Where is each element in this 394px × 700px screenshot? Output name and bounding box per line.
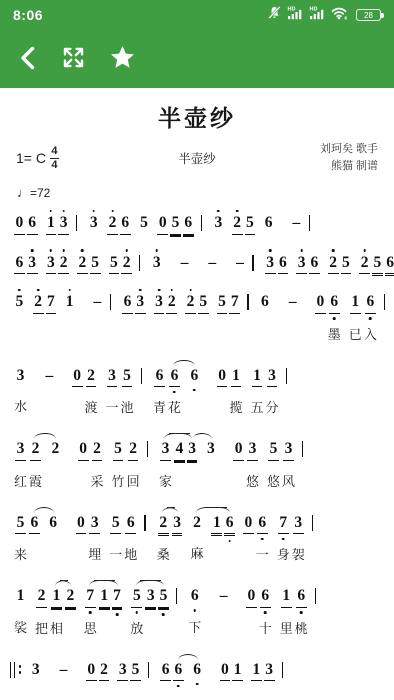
barline [247,293,248,310]
barline [201,214,202,231]
note: 2采 [91,440,104,490]
slur-arc [34,433,47,439]
note: 6十 [259,587,272,637]
note: 0 [76,514,87,562]
slur-arc [184,360,195,366]
lyric: 身 [277,544,290,563]
lyric: 揽 [229,397,242,416]
lyric: 悠 [246,471,259,490]
note: 3红 [14,440,27,490]
lyric: 一 [106,397,119,416]
note: 6 [260,293,271,340]
note: 3 [117,661,128,682]
lyric: 水 [14,396,27,415]
battery-level: 28 [364,11,373,20]
note: 2 [65,587,76,635]
note: 5 [130,661,141,682]
note: 1 [64,293,75,340]
barline [76,214,77,231]
note: 5 [14,293,25,340]
slur-arc [193,433,203,439]
note: 2麻 [190,514,203,563]
lyric: 地 [124,544,137,563]
tempo-marking: ♩=72 [0,175,394,200]
lyric: 来 [14,544,27,563]
score-line: 633225523–––363625256 [8,254,386,275]
slur-arc [107,580,118,586]
toolbar [0,30,394,88]
slur-arc [178,654,189,660]
lyric: 家 [159,471,172,490]
note: 3水 [14,367,27,416]
note: 6入 [364,293,377,343]
quarter-note-icon: ♩ [17,185,30,200]
dash-note: – [291,214,302,234]
dash-note: – [207,254,218,274]
score-line: 5271–633225576–06墨1已6入 [8,293,386,343]
score[interactable]: 061332650563256–633225523–––363625256527… [0,214,394,681]
note: 6 [173,661,184,682]
lyric: 分 [266,397,279,416]
lyric: 放 [130,618,143,637]
lyric: 桑 [157,544,170,563]
note: 2 [107,214,118,235]
lyric: 回 [127,471,140,490]
note: 2 [58,254,69,275]
lyric: 池 [121,397,134,416]
note: 7 [112,587,123,635]
note: 0 [246,587,257,635]
note: 1揽 [229,367,242,417]
note: 3一 [106,367,119,417]
lyric: 一 [109,544,122,563]
note: 5 [139,214,150,234]
note: 5 [372,254,383,275]
barline [286,367,287,384]
note: 3 [154,293,165,341]
svg-text:HD: HD [288,7,296,13]
battery-icon: 28 [356,9,381,21]
note: 5悠 [267,440,280,490]
barline [110,293,111,310]
note: 5 [245,214,256,235]
note: 6地 [124,514,137,564]
note: 5 [109,254,120,275]
slur-arc [55,580,68,586]
song-credits: 刘珂矣 歌手 熊猫 制谱 [257,141,378,175]
lyric: 裟 [14,617,27,636]
key-signature: 1= C 4 4 [16,145,137,171]
score-line: 1裟2把1相27思175放356下–06十1里6桃 [8,587,386,637]
credit-singer: 刘珂矣 歌手 [257,141,378,158]
barline [309,214,310,231]
score-line: 5来6603埋5一6地2桑32麻1606一7身3袈 [8,514,386,564]
note: 2桑 [157,514,170,564]
lyric: 青 [153,397,166,416]
lyric: 相 [50,618,63,637]
clock: 8:06 [13,7,43,23]
dash-note: – [287,293,298,340]
note: 6 [309,254,320,275]
dash-note: – [218,587,229,634]
slur-arc [187,654,198,660]
credit-notator: 熊猫 制谱 [257,158,378,175]
song-subtitle: 半壶纱 [137,149,258,167]
lyric: 把 [35,618,48,637]
barline [315,587,316,604]
note: 6花 [168,367,181,417]
note: 7身 [277,514,290,564]
note: 5池 [121,367,134,417]
note: 6 [29,514,40,562]
note: 3 [264,661,275,682]
slur-arc [43,507,54,513]
time-signature: 4 4 [50,145,59,171]
note: 5竹 [112,440,125,490]
note: 1相 [50,587,63,637]
star-icon [109,44,136,74]
sheet-view[interactable]: 半壶纱 1= C 4 4 半壶纱 刘珂矣 歌手 熊猫 制谱 ♩=72 06133… [0,88,394,681]
note: 6 [192,661,203,681]
barline [252,254,253,271]
note: 5 [90,254,101,275]
note: 3 [172,514,183,562]
note: 2 [328,254,339,275]
slur-arc [196,507,209,513]
note: 2把 [35,587,48,637]
repeat-sign [10,662,21,678]
note: 6 [160,661,171,682]
lyric: 霞 [29,471,42,490]
song-meta: 1= C 4 4 半壶纱 刘珂矣 歌手 熊猫 制谱 [0,141,394,175]
barline [282,661,283,678]
note: 0 [14,214,25,235]
note: 1裟 [14,587,27,636]
note: 3 [187,440,198,488]
lyric: 思 [84,618,97,637]
notifications-muted-icon [267,5,282,25]
lyric: 五 [251,397,264,416]
note: 0 [157,214,168,235]
note: 3家 [159,440,172,490]
favorite-button[interactable] [109,44,136,74]
note: 6 [14,254,25,275]
lyric: 桃 [295,618,308,637]
note: 3袈 [292,514,305,564]
note: 6 [385,254,394,275]
note: 1 [251,661,262,682]
note: 3埋 [88,514,101,564]
lyric: 一 [256,544,269,563]
barline [312,514,313,531]
note: 0 [86,661,97,682]
note: 0 [78,440,89,488]
note: 1 [211,514,222,562]
note: 5 [158,587,169,635]
lyric: 悠 [267,471,280,490]
note: 6墨 [328,293,341,343]
note: 1里 [280,587,293,637]
slur-arc [89,580,102,586]
note: 3 [135,293,146,341]
lyric: 竹 [112,471,125,490]
note: 0 [243,514,254,562]
slur-arc [34,507,45,513]
note: 1 [46,214,57,235]
lyric: 墨 [328,324,341,343]
barline [141,367,142,384]
note: 0 [315,293,326,341]
note: 3 [296,254,307,275]
lyric: 已 [349,324,362,343]
note: 2渡 [85,367,98,417]
slur-arc [206,507,227,513]
note: 6桃 [295,587,308,637]
note: 3 [88,214,99,234]
signal-hd-sim2-icon: HD [309,5,326,25]
slur-arc [169,433,190,439]
note: 3 [205,440,216,487]
note: 5 [341,254,352,275]
note: 6 [263,214,274,234]
score-line: 3–02356660113 [8,661,386,682]
lyric: 采 [91,471,104,490]
note: 2 [77,254,88,275]
note: 3 [145,587,156,635]
barline [139,254,140,271]
note: 2 [99,661,110,682]
lyric: 渡 [85,397,98,416]
slur-arc [173,360,186,366]
note: 0 [72,367,83,415]
score-line: 061332650563256– [8,214,386,235]
lyric: 埋 [88,544,101,563]
note: 6 [224,514,235,562]
note: 3 [27,254,38,275]
note: 5一 [109,514,122,564]
note: 6 [48,514,59,561]
barline [176,587,177,604]
note: 3分 [266,367,279,417]
note: 3 [265,254,276,275]
lyric: 十 [259,618,272,637]
note: 2 [33,293,44,341]
dash-note: – [179,254,190,274]
key-label: 1= C [16,150,46,166]
note: 2 [121,254,132,275]
note: 2 [359,254,370,275]
score-line: 3红2霞202采5竹2回3家43303悠5悠3风 [8,440,386,490]
tempo-value: =72 [30,186,50,200]
note: 2霞 [29,440,42,490]
status-icons: HD HD 6 28 [267,5,381,25]
slur-arc [153,580,164,586]
barline [148,661,149,678]
expand-arrows-icon [60,44,87,74]
lyric: 入 [364,324,377,343]
note: 6下 [188,587,201,636]
note: 5 [217,293,228,341]
lyric: 风 [282,471,295,490]
lyric: 红 [14,471,27,490]
note: 5放 [130,587,143,637]
note: 1已 [349,293,362,343]
note: 6 [122,293,133,341]
time-sig-top: 4 [51,145,57,157]
note: 7 [46,293,57,341]
lyric: 麻 [190,543,203,562]
score-line: 3水–02渡3一5池6青6花601揽1五3分 [8,367,386,417]
lyric: 花 [168,397,181,416]
note: 1 [99,587,110,635]
slur-arc [162,507,175,513]
note: 1 [232,661,243,682]
lyric: 下 [188,617,201,636]
slur-arc [94,580,115,586]
note: 6 [189,367,200,414]
note: 2 [166,293,177,341]
svg-text:6: 6 [344,15,347,19]
barline [147,440,148,457]
status-bar: 8:06 HD HD 6 28 [0,0,394,30]
svg-text:HD: HD [310,7,318,13]
slur-arc [45,433,56,439]
dash-note: – [92,293,103,340]
slur-arc [164,433,177,439]
note: 5来 [14,514,27,564]
note: 3 [58,214,69,235]
song-title: 半壶纱 [0,100,394,133]
note: 3 [213,214,224,234]
note: 7思 [84,587,97,637]
slur-arc [200,433,211,439]
dash-note: – [44,367,55,414]
note: 6青 [153,367,166,417]
dash-note: – [235,254,246,274]
slur-arc [167,507,178,513]
note: 2 [50,440,61,487]
note: 2回 [127,440,140,490]
lyric: 里 [280,618,293,637]
note: 1五 [251,367,264,417]
note: 6 [120,214,131,235]
back-chevron-icon [16,44,38,75]
note: 7 [229,293,240,341]
slur-arc [136,580,149,586]
note: 2 [185,293,196,341]
note: 3悠 [246,440,259,490]
note: 3 [46,254,57,275]
slur-arc [140,580,161,586]
barline [144,514,145,531]
note: 5 [198,293,209,341]
barline [384,293,385,310]
note: 3 [151,254,162,274]
note: 5 [170,214,181,235]
slur-arc [182,433,192,439]
wifi-icon: 6 [331,6,349,25]
note: 6一 [256,514,269,564]
note: 2 [232,214,243,235]
note: 4 [174,440,185,488]
note: 3风 [282,440,295,490]
slur-arc [219,507,230,513]
dash-note: – [58,661,69,681]
back-button[interactable] [16,44,38,75]
barline [302,440,303,457]
lyric: 袈 [292,544,305,563]
fullscreen-button[interactable] [60,44,87,74]
note: 3 [30,661,41,681]
slur-arc [60,580,71,586]
note: 6 [27,214,38,235]
signal-hd-sim1-icon: HD [287,5,304,25]
note: 0 [217,367,228,415]
note: 6 [183,214,194,235]
note: 6 [278,254,289,275]
note: 0 [220,661,231,682]
note: 0 [233,440,244,488]
time-sig-bottom: 4 [51,159,57,171]
